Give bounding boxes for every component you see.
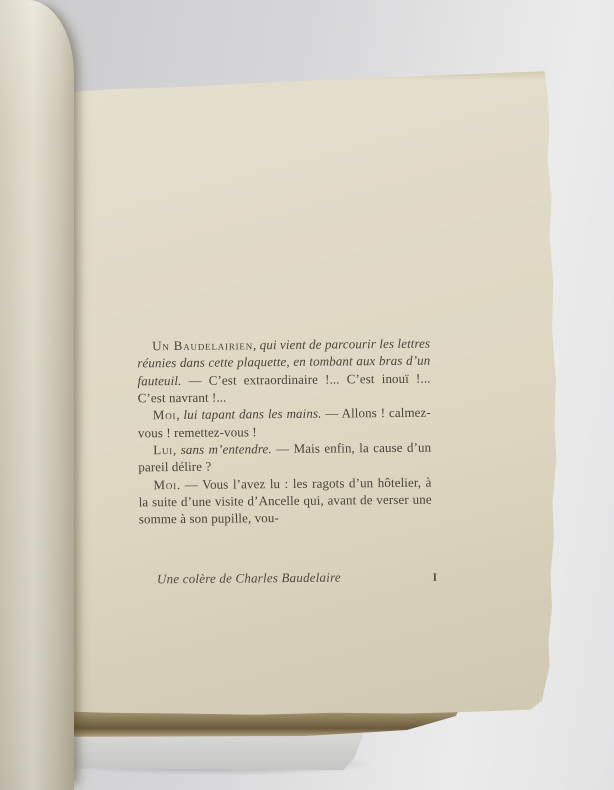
dialogue-paragraph: Un Baudelairien, qui vient de parcourir … [137,335,431,407]
speech-text: — C’est extraordinaire !... C’est inouï … [138,370,431,405]
speaker-name: Lui [153,442,173,457]
speaker-name: Un Baudelairien [152,337,253,353]
stage-direction: , lui tapant dans les mains. [176,406,321,422]
speaker-name: Moi [153,407,177,422]
stage-direction: , sans m’entendre. [173,441,272,457]
speaker-name: Moi [153,477,177,492]
page-text-block: Un Baudelairien, qui vient de parcourir … [137,335,432,529]
dialogue-paragraph: Moi. — Vous l’avez lu : les ragots d’un … [138,473,431,528]
speech-text: . — Vous l’avez lu : les ragots d’un hôt… [139,474,432,526]
page-footer: Une colère de Charles Baudelaire I [157,569,437,588]
dialogue-paragraph: Moi, lui tapant dans les mains. — Allons… [138,404,431,441]
running-title: Une colère de Charles Baudelaire [157,570,341,588]
left-page-stack [0,0,74,790]
book-photo: Un Baudelairien, qui vient de parcourir … [0,0,614,790]
book-page: Un Baudelairien, qui vient de parcourir … [58,68,558,718]
dialogue-paragraph: Lui, sans m’entendre. — Mais enfin, la c… [138,439,431,476]
signature-mark: I [433,572,437,584]
